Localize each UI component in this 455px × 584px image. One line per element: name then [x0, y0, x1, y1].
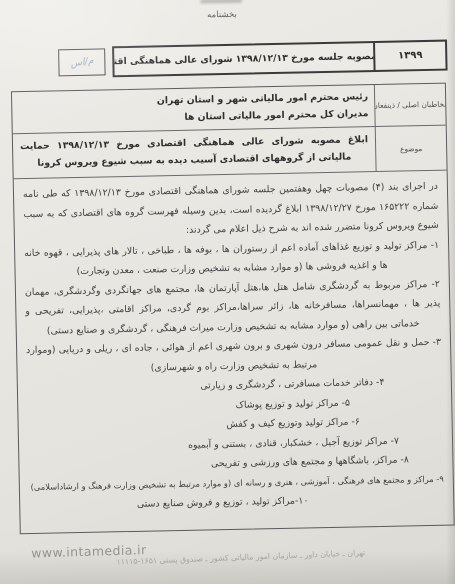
- header-title-cell: ابلاغ مصوبه جلسه مورخ ۱۳۹۸/۱۲/۱۳ شورای ع…: [114, 43, 373, 75]
- classification-box: م/اس: [58, 48, 106, 76]
- audience-content: رئیس محترم امور مالیاتی شهر و استان تهرا…: [12, 85, 375, 133]
- paper-sheet: بخشنامه م/اس ۱۳۹۹ ابلاغ مصوبه جلسه مورخ …: [0, 0, 455, 584]
- subject-label: موضوع: [375, 126, 447, 171]
- document-type-label: بخشنامه: [0, 5, 449, 24]
- footer-address: تهران ـ خیابان داور ـ سازمان امور مالیات…: [127, 548, 365, 566]
- handwritten-mark: م/اس: [70, 55, 95, 69]
- header-table: ۱۳۹۹ ابلاغ مصوبه جلسه مورخ ۱۳۹۸/۱۲/۱۳ شو…: [112, 40, 448, 78]
- header-year-cell: ۱۳۹۹: [373, 42, 446, 70]
- list-item: ۲- مراکز مربوط به گردشگری شامل هتل ها،هت…: [25, 274, 441, 341]
- affected-groups-list: ۱- مراکز تولید و توزیع غذاهای آماده اعم …: [24, 235, 444, 516]
- subject-content: ابلاغ مصوبه شورای عالی هماهنگی اقتصادی م…: [13, 127, 376, 178]
- cut-off-top-text: [200, 0, 242, 3]
- document-main-table: مخاطبان اصلی / ذینفعان رئیس محترم امور م…: [11, 83, 455, 535]
- intro-paragraph: در اجرای بند (۴) مصوبات چهل وهفتمین جلسه…: [23, 177, 439, 244]
- scanned-document-photo: بخشنامه م/اس ۱۳۹۹ ابلاغ مصوبه جلسه مورخ …: [0, 0, 455, 584]
- audience-label: مخاطبان اصلی / ذینفعان: [374, 84, 446, 126]
- letter-body: در اجرای بند (۴) مصوبات چهل وهفتمین جلسه…: [14, 171, 454, 517]
